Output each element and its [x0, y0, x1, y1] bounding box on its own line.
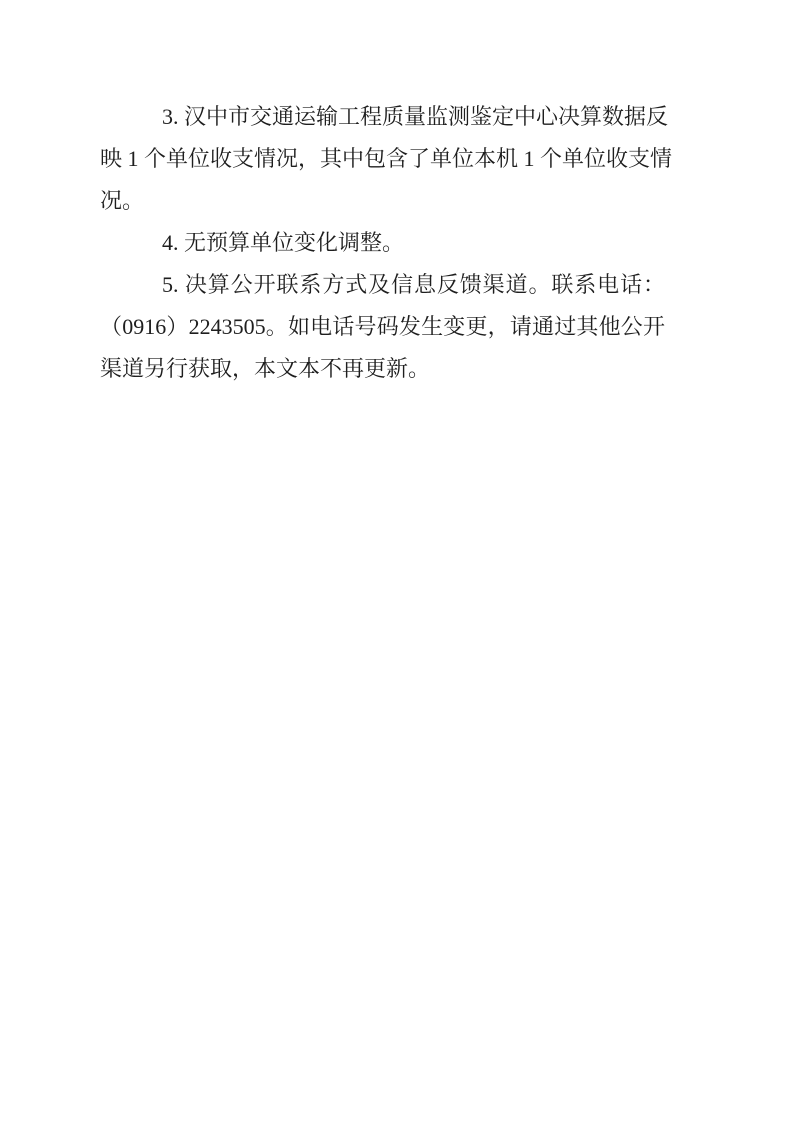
text-line: 况。 [100, 180, 665, 222]
document-body: 3. 汉中市交通运输工程质量监测鉴定中心决算数据反映 1 个单位收支情况，其中包… [100, 96, 665, 390]
para-4-no-adjustment: 4. 无预算单位变化调整。 [100, 222, 665, 264]
text-line: 4. 无预算单位变化调整。 [100, 222, 665, 264]
text-line: 映 1 个单位收支情况，其中包含了单位本机 1 个单位收支情 [100, 138, 665, 180]
text-line: 3. 汉中市交通运输工程质量监测鉴定中心决算数据反 [100, 96, 665, 138]
text-line: 5. 决算公开联系方式及信息反馈渠道。联系电话： [100, 264, 665, 306]
para-3-unit-coverage: 3. 汉中市交通运输工程质量监测鉴定中心决算数据反映 1 个单位收支情况，其中包… [100, 96, 665, 222]
para-5-contact-info: 5. 决算公开联系方式及信息反馈渠道。联系电话：（0916）2243505。如电… [100, 264, 665, 390]
text-line: （0916）2243505。如电话号码发生变更，请通过其他公开 [100, 306, 665, 348]
document-page: 3. 汉中市交通运输工程质量监测鉴定中心决算数据反映 1 个单位收支情况，其中包… [0, 0, 793, 1122]
text-line: 渠道另行获取，本文本不再更新。 [100, 348, 665, 390]
